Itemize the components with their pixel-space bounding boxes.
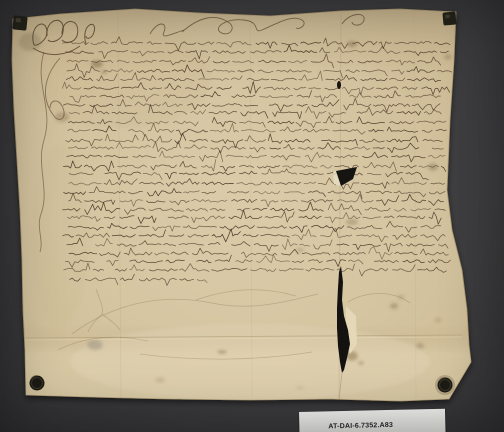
archive-label-text: AT-DAI-6.7352.A83 <box>328 422 393 430</box>
weight-bottom-right <box>435 375 455 395</box>
parchment-document <box>0 0 504 432</box>
archive-label: AT-DAI-6.7352.A83 <box>299 409 446 432</box>
ink-blot <box>337 81 341 89</box>
photo-backdrop: AT-DAI-6.7352.A83 <box>0 0 504 432</box>
weight-top-left <box>12 15 27 30</box>
weight-bottom-left <box>30 376 45 391</box>
weight-top-right <box>442 12 456 26</box>
